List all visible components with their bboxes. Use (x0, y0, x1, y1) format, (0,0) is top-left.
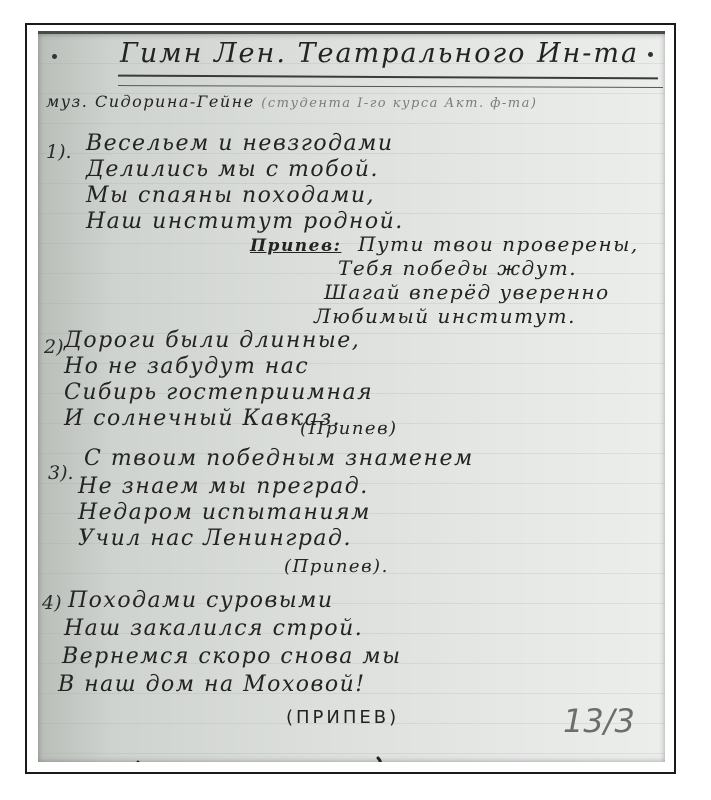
page-title: Гимн Лен. Театрального Ин-та (120, 38, 639, 69)
composer-credit: муз. Сидорина-Гейне (студента I-го курса… (46, 92, 537, 111)
verse-1-line-4: Наш институт родной. (86, 209, 404, 234)
verse-1-line-1: Весельем и невзгодами (86, 131, 394, 156)
manuscript-page: Гимн Лен. Театрального Ин-та муз. Сидори… (38, 31, 665, 762)
ink-dot (648, 52, 653, 57)
verse-4-line-2: Наш закалился строй. (64, 616, 363, 641)
verse-3-line-1: С твоим победным знаменем (84, 446, 474, 471)
chorus-line-4: Любимый институт. (314, 304, 576, 328)
verse-3-refrain: (Припев). (284, 556, 389, 577)
chorus-label: Припев: (250, 236, 341, 256)
verse-2-line-3: Сибирь гостеприимная (64, 380, 373, 405)
chorus-line-1: Пути твои проверены, (358, 232, 639, 256)
verse-2-line-1: Дороги были длинные, (64, 328, 360, 353)
verse-2-number: 2) (44, 336, 64, 358)
chorus-line-3: Шагай вперёд уверенно (324, 280, 610, 304)
verse-3-line-3: Недаром испытаниям (78, 500, 371, 525)
verse-1-line-2: Делились мы с тобой. (86, 157, 379, 182)
title-underline-2 (118, 85, 663, 88)
title-underline (118, 75, 658, 80)
verse-3-line-2: Не знаем мы преград. (78, 474, 369, 499)
verse-3-line-4: Учил нас Ленинград. (78, 526, 352, 551)
verse-4-number: 4) (42, 592, 62, 614)
verse-4-line-4: В наш дом на Моховой! (58, 672, 366, 697)
composer-note: (студента I-го курса Акт. ф-та) (261, 96, 537, 111)
verse-4-line-1: Походами суровыми (68, 588, 334, 613)
verse-2-refrain: (Припев) (300, 418, 398, 439)
verse-4-refrain: (ПРИПЕВ) (286, 707, 399, 728)
page-number: 13/3 (563, 702, 635, 740)
verse-1-line-3: Мы спаяны походами, (86, 183, 375, 208)
composer-name: муз. Сидорина-Гейне (46, 92, 255, 111)
chorus-line-2: Тебя победы ждут. (338, 256, 577, 280)
verse-2-line-2: Но не забудут нас (64, 354, 309, 379)
verse-3-number: 3). (48, 462, 74, 484)
flourish-ornament (128, 752, 388, 762)
verse-4-line-3: Вернемся скоро снова мы (62, 644, 402, 669)
ink-dot (52, 54, 57, 59)
verse-1-number: 1). (46, 141, 72, 163)
